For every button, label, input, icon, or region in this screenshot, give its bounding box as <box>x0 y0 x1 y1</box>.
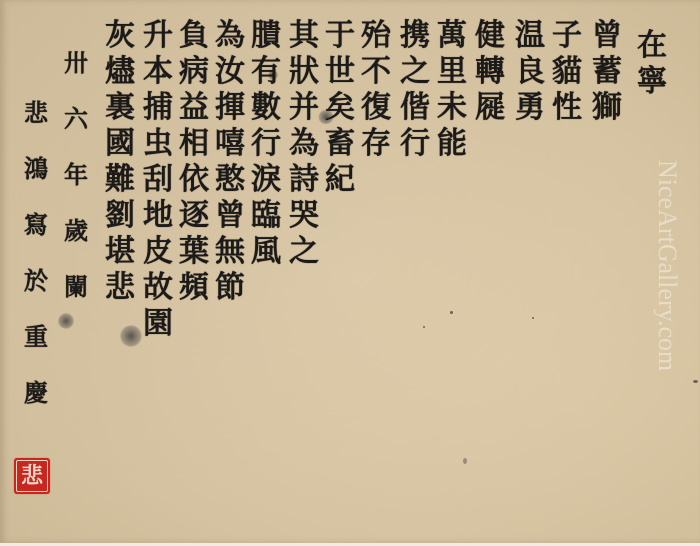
text-column: 殆不復存 <box>356 18 396 162</box>
text-column: 子貓性 <box>547 18 587 126</box>
calligraphy-character: 病 <box>179 54 209 90</box>
calligraphy-character: 勇 <box>515 90 545 126</box>
calligraphy-character: 于 <box>325 18 355 54</box>
calligraphy-character: 為 <box>215 18 245 54</box>
calligraphy-character: 益 <box>179 90 209 126</box>
text-column: 膭有數行淚臨風 <box>246 18 286 270</box>
calligraphy-character: 慶 <box>24 378 48 408</box>
calligraphy-character: 卅 <box>64 48 88 78</box>
calligraphy-character: 燼 <box>105 54 135 90</box>
text-column: 其狀并為詩哭之 <box>284 18 324 270</box>
calligraphy-character: 裏 <box>105 90 135 126</box>
calligraphy-character: 負 <box>179 18 209 54</box>
calligraphy-character: 堪 <box>105 234 135 270</box>
calligraphy-character: 之 <box>400 54 430 90</box>
calligraphy-character: 世 <box>325 54 355 90</box>
calligraphy-character: 汝 <box>215 54 245 90</box>
calligraphy-character: 頻 <box>179 270 209 306</box>
calligraphy-character: 貓 <box>552 54 582 90</box>
calligraphy-character: 萬 <box>437 18 467 54</box>
calligraphy-character: 狀 <box>289 54 319 90</box>
calligraphy-character: 捕 <box>143 90 173 126</box>
calligraphy-character: 携 <box>400 18 430 54</box>
calligraphy-character: 有 <box>251 54 281 90</box>
calligraphy-character: 難 <box>105 162 135 198</box>
calligraphy-character: 刮 <box>143 162 173 198</box>
text-column: 曾蓄獅 <box>587 18 627 126</box>
calligraphy-character: 地 <box>143 198 173 234</box>
calligraphy-character: 在 <box>637 28 667 64</box>
calligraphy-character: 温 <box>515 18 545 54</box>
paper-speck <box>423 326 425 328</box>
calligraphy-character: 故 <box>143 270 173 306</box>
calligraphy-character: 重 <box>24 322 48 352</box>
calligraphy-character: 六 <box>64 104 88 134</box>
watermark: NiceArtGallery.com <box>652 160 682 371</box>
artist-seal: 悲 <box>14 458 50 494</box>
calligraphy-character: 性 <box>552 90 582 126</box>
calligraphy-character: 升 <box>143 18 173 54</box>
calligraphy-character: 矣 <box>325 90 355 126</box>
calligraphy-character: 膭 <box>251 18 281 54</box>
calligraphy-character: 曾 <box>215 198 245 234</box>
calligraphy-character: 歲 <box>64 216 88 246</box>
text-column: 為汝揮嘻憨曾無節 <box>210 18 250 306</box>
calligraphy-character: 灰 <box>105 18 135 54</box>
calligraphy-character: 轉 <box>475 54 505 90</box>
calligraphy-character: 悲 <box>105 270 135 306</box>
calligraphy-character: 其 <box>289 18 319 54</box>
text-column: 健轉屣 <box>470 18 510 126</box>
calligraphy-character: 本 <box>143 54 173 90</box>
calligraphy-character: 皮 <box>143 234 173 270</box>
calligraphy-character: 曾 <box>592 18 622 54</box>
calligraphy-character: 揮 <box>215 90 245 126</box>
calligraphy-character: 數 <box>251 90 281 126</box>
paper-speck <box>450 311 453 314</box>
paper-speck <box>532 317 534 319</box>
calligraphy-character: 逐 <box>179 198 209 234</box>
calligraphy-character: 年 <box>64 160 88 190</box>
calligraphy-character: 子 <box>552 18 582 54</box>
text-column: 悲鴻寫於重慶 <box>16 98 56 434</box>
calligraphy-character: 蓄 <box>592 54 622 90</box>
calligraphy-character: 於 <box>24 266 48 296</box>
calligraphy-character: 嘻 <box>215 126 245 162</box>
calligraphy-character: 詩 <box>289 162 319 198</box>
calligraphy-character: 能 <box>437 126 467 162</box>
calligraphy-character: 復 <box>361 90 391 126</box>
text-column: 萬里未能 <box>432 18 472 162</box>
calligraphy-character: 偕 <box>400 90 430 126</box>
calligraphy-character: 里 <box>437 54 467 90</box>
calligraphy-character: 屣 <box>475 90 505 126</box>
calligraphy-character: 憨 <box>215 162 245 198</box>
calligraphy-character: 行 <box>400 126 430 162</box>
paper-speck <box>693 380 698 383</box>
calligraphy-character: 悲 <box>24 98 48 128</box>
text-column: 灰燼裏國難劉堪悲 <box>100 18 140 306</box>
calligraphy-character: 為 <box>289 126 319 162</box>
calligraphy-character: 哭 <box>289 198 319 234</box>
calligraphy-character: 葉 <box>179 234 209 270</box>
calligraphy-character: 劉 <box>105 198 135 234</box>
text-column: 于世矣畜紀 <box>320 18 360 198</box>
calligraphy-character: 良 <box>515 54 545 90</box>
text-column: 温良勇 <box>510 18 550 126</box>
calligraphy-character: 并 <box>289 90 319 126</box>
calligraphy-character: 闌 <box>64 272 88 302</box>
calligraphy-character: 寫 <box>24 210 48 240</box>
calligraphy-character: 紀 <box>325 162 355 198</box>
calligraphy-character: 無 <box>215 234 245 270</box>
text-column: 在寧 <box>632 28 672 100</box>
calligraphy-character: 畜 <box>325 126 355 162</box>
calligraphy-character: 獅 <box>592 90 622 126</box>
calligraphy-character: 相 <box>179 126 209 162</box>
calligraphy-character: 鴻 <box>24 154 48 184</box>
calligraphy-character: 寧 <box>637 64 667 100</box>
calligraphy-character: 節 <box>215 270 245 306</box>
text-column: 負病益相依逐葉頻 <box>174 18 214 306</box>
text-column: 携之偕行 <box>395 18 435 162</box>
seal-glyph: 悲 <box>16 460 48 492</box>
calligraphy-character: 殆 <box>361 18 391 54</box>
calligraphy-character: 未 <box>437 90 467 126</box>
calligraphy-character: 園 <box>143 306 173 342</box>
calligraphy-character: 行 <box>251 126 281 162</box>
calligraphy-character: 淚 <box>251 162 281 198</box>
text-column: 卅六年歲闌 <box>56 48 96 328</box>
calligraphy-character: 臨 <box>251 198 281 234</box>
calligraphy-character: 風 <box>251 234 281 270</box>
calligraphy-character: 健 <box>475 18 505 54</box>
calligraphy-character: 存 <box>361 126 391 162</box>
calligraphy-character: 依 <box>179 162 209 198</box>
text-column: 升本捕虫刮地皮故園 <box>138 18 178 342</box>
calligraphy-character: 之 <box>289 234 319 270</box>
calligraphy-character: 國 <box>105 126 135 162</box>
paper-speck <box>463 458 467 464</box>
calligraphy-character: 不 <box>361 54 391 90</box>
calligraphy-character: 虫 <box>143 126 173 162</box>
